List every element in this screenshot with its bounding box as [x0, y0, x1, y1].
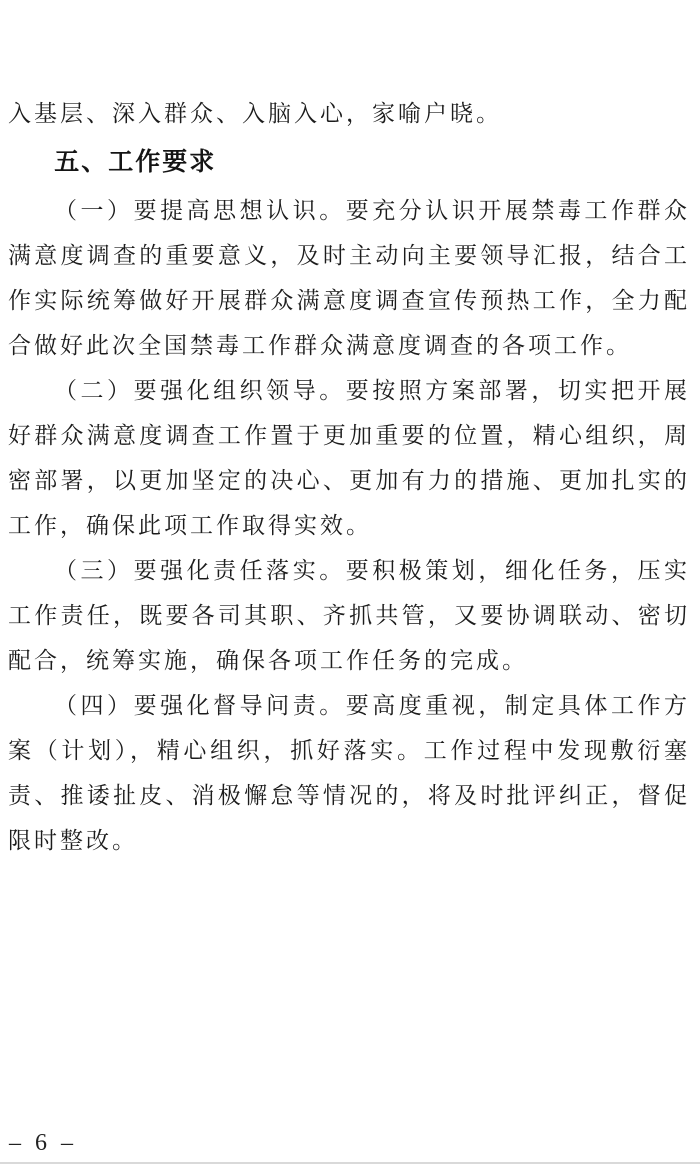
paragraph-item-1: （一）要提高思想认识。要充分认识开展禁毒工作群众满意度调查的重要意义，及时主动向… [8, 188, 690, 368]
page-number: – 6 – [9, 1130, 77, 1156]
document-page: 入基层、深入群众、入脑入心，家喻户晓。 五、工作要求 （一）要提高思想认识。要充… [0, 0, 700, 1164]
document-body: 入基层、深入群众、入脑入心，家喻户晓。 五、工作要求 （一）要提高思想认识。要充… [8, 91, 690, 863]
section-heading: 五、工作要求 [8, 140, 690, 185]
page-footer: – 6 – [9, 1130, 77, 1156]
paragraph-item-2: （二）要强化组织领导。要按照方案部署，切实把开展好群众满意度调查工作置于更加重要… [8, 368, 690, 548]
paragraph-item-3: （三）要强化责任落实。要积极策划，细化任务，压实工作责任，既要各司其职、齐抓共管… [8, 548, 690, 683]
paragraph-item-4: （四）要强化督导问责。要高度重视，制定具体工作方案（计划），精心组织，抓好落实。… [8, 683, 690, 863]
paragraph-continuation: 入基层、深入群众、入脑入心，家喻户晓。 [8, 91, 690, 136]
